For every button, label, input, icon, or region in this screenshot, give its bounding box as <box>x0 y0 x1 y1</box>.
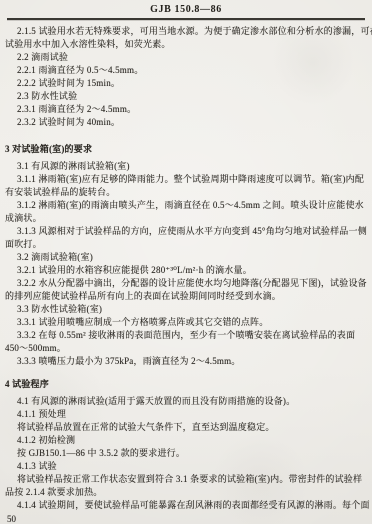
text-line: 3.1 有风源的淋雨试验箱(室) <box>4 160 368 173</box>
text-line: 3.3.2 在每 0.55m² 接收淋雨的表面范围内，至少有一个喷嘴安装在离试验… <box>4 329 368 342</box>
text-line: 试验用水中加入水溶性染料，如荧光素。 <box>4 38 368 51</box>
text-line: 4 试验程序 <box>4 378 368 391</box>
text-line: 3.2.1 试验用的水箱容积应能提供 280⁺³⁰L/m²·h 的滴水量。 <box>4 264 368 277</box>
text-line: 3.1.1 淋雨箱(室)应有足够的降雨能力。整个试验周期中降雨速度可以调节。箱(… <box>4 173 368 186</box>
text-line: 4.1.1 预处理 <box>4 408 368 421</box>
text-line: 2.1.5 试验用水若无特殊要求，可用当地水源。为便于确定渗水部位和分析水的渗漏… <box>4 25 368 38</box>
text-line: 按 GJB150.1—86 中 3.5.2 款的要求进行。 <box>4 447 368 460</box>
text-line: 2.3.2 试验时间为 40min。 <box>4 116 368 129</box>
page-number: 50 <box>0 512 372 524</box>
text-line: 4.1 有风源的淋雨试验(适用于露天放置的而且没有防雨措施的设备)。 <box>4 395 368 408</box>
text-line: 4.1.3 试验 <box>4 460 368 473</box>
text-line: 3.2 滴雨试验箱(室) <box>4 251 368 264</box>
text-line: 将试验样品按正常工作状态安置到符合 3.1 条要求的试验箱(室)内。带密封件的试… <box>4 473 368 486</box>
text-line: 4.1.2 初始检测 <box>4 434 368 447</box>
text-line: 3.3.3 喷嘴压力最小为 375kPa，雨滴直径为 2～4.5mm。 <box>4 355 368 368</box>
text-line: 2.2.1 雨滴直径为 0.5～4.5mm。 <box>4 64 368 77</box>
text-line: 4.1.4 试验期间，要使试验样品可能暴露在刮风淋雨的表面都经受有风源的淋雨。每… <box>4 499 368 512</box>
text-line: 2.2.2 试验时间为 15min。 <box>4 77 368 90</box>
text-line: 3.1.3 风源相对于试验样品的方向，应使雨从水平方向变到 45°角均匀地对试验… <box>4 225 368 238</box>
text-line: 将试验样品放置在正常的试验大气条件下，直至达到温度稳定。 <box>4 421 368 434</box>
text-line: 成滴状。 <box>4 212 368 225</box>
standard-number: GJB 150.8—86 <box>150 4 222 15</box>
text-line: 3.3.1 试验用喷嘴应制成一个方格喷雾点阵或其它交错的点阵。 <box>4 316 368 329</box>
text-line: 3.3 防水性试验箱(室) <box>4 303 368 316</box>
document-page: GJB 150.8—86 2.1.5 试验用水若无特殊要求，可用当地水源。为便于… <box>0 0 372 524</box>
text-line: 450～500mm。 <box>4 342 368 355</box>
text-line: 品按 2.1.4 款要求加热。 <box>4 486 368 499</box>
text-line: 的排列应能使试验样品所有向上的表面在试验期间同时经受到水滴。 <box>4 290 368 303</box>
text-line: 3.2.2 水从分配器中滴出，分配器的设计应能使水均匀地降落(分配器见下图)，试… <box>4 277 368 290</box>
text-line: 3.1.2 淋雨箱(室)的雨滴由喷头产生，雨滴直径在 0.5～4.5mm 之间。… <box>4 199 368 212</box>
document-body: 2.1.5 试验用水若无特殊要求，可用当地水源。为便于确定渗水部位和分析水的渗漏… <box>0 20 372 512</box>
text-line: 3 对试验箱(室)的要求 <box>4 143 368 156</box>
text-line: 有安装试验样品的旋转台。 <box>4 186 368 199</box>
text-line: 2.3.1 雨滴直径为 2～4.5mm。 <box>4 103 368 116</box>
text-line: 2.2 滴雨试验 <box>4 51 368 64</box>
page-header: GJB 150.8—86 <box>0 0 372 15</box>
text-line: 2.3 防水性试验 <box>4 90 368 103</box>
text-line: 面吹打。 <box>4 238 368 251</box>
